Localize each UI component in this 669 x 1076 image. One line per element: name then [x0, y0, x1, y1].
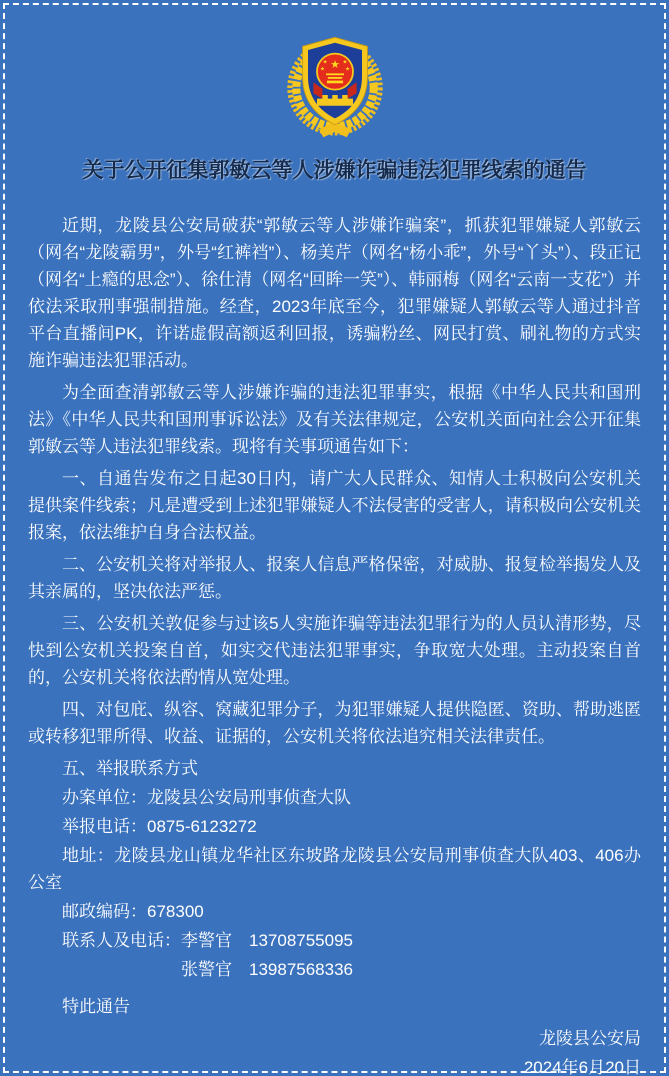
contact-person-1: 联系人及电话：李警官 13708755095 [28, 927, 641, 954]
police-notice-page: ★ ★ ★ ★ ★ 关于公开征集郭敏云等人涉嫌诈骗违法犯罪线索的通告 近期，龙陵… [0, 0, 669, 1076]
notice-title: 关于公开征集郭敏云等人涉嫌诈骗违法犯罪线索的通告 [30, 158, 639, 184]
paragraph-item-2: 二、公安机关将对举报人、报案人信息严格保密，对威胁、报复检举揭发人及其亲属的，坚… [28, 551, 641, 605]
paragraph-item-1: 一、自通告发布之日起30日内，请广大人民群众、知情人士积极向公安机关提供案件线索… [28, 465, 641, 546]
svg-text:★: ★ [319, 67, 324, 73]
svg-text:★: ★ [330, 59, 340, 71]
signature-block: 龙陵县公安局 2024年6月20日 [0, 1024, 669, 1076]
svg-text:★: ★ [345, 67, 350, 73]
closing-note: 特此通告 [28, 993, 641, 1020]
paragraph-legal-basis: 为全面查清郭敏云等人涉嫌诈骗的违法犯罪事实，根据《中华人民共和国刑法》《中华人民… [28, 379, 641, 460]
emblem-container: ★ ★ ★ ★ ★ [0, 0, 669, 142]
contact-phone: 举报电话：0875-6123272 [28, 813, 641, 840]
contact-person-2: 张警官 13987568336 [28, 956, 641, 983]
paragraph-item-3: 三、公安机关敦促参与过该5人实施诈骗等违法犯罪行为的人员认清形势，尽快到公安机关… [28, 610, 641, 691]
police-emblem-icon: ★ ★ ★ ★ ★ [281, 30, 389, 142]
contact-unit: 办案单位：龙陵县公安局刑事侦查大队 [28, 784, 641, 811]
contact-address: 地址：龙陵县龙山镇龙华社区东坡路龙陵县公安局刑事侦查大队403、406办公室 [28, 842, 641, 896]
svg-text:★: ★ [322, 60, 327, 66]
signature-agency: 龙陵县公安局 [0, 1024, 641, 1053]
paragraph-item-4: 四、对包庇、纵容、窝藏犯罪分子，为犯罪嫌疑人提供隐匿、资助、帮助逃匿或转移犯罪所… [28, 696, 641, 750]
paragraph-case-summary: 近期，龙陵县公安局破获“郭敏云等人涉嫌诈骗案”，抓获犯罪嫌疑人郭敏云（网名“龙陵… [28, 212, 641, 374]
notice-body: 近期，龙陵县公安局破获“郭敏云等人涉嫌诈骗案”，抓获犯罪嫌疑人郭敏云（网名“龙陵… [0, 212, 669, 1020]
contact-postcode: 邮政编码：678300 [28, 898, 641, 925]
signature-date: 2024年6月20日 [0, 1053, 641, 1076]
contact-heading: 五、举报联系方式 [28, 755, 641, 782]
svg-text:★: ★ [342, 60, 347, 66]
